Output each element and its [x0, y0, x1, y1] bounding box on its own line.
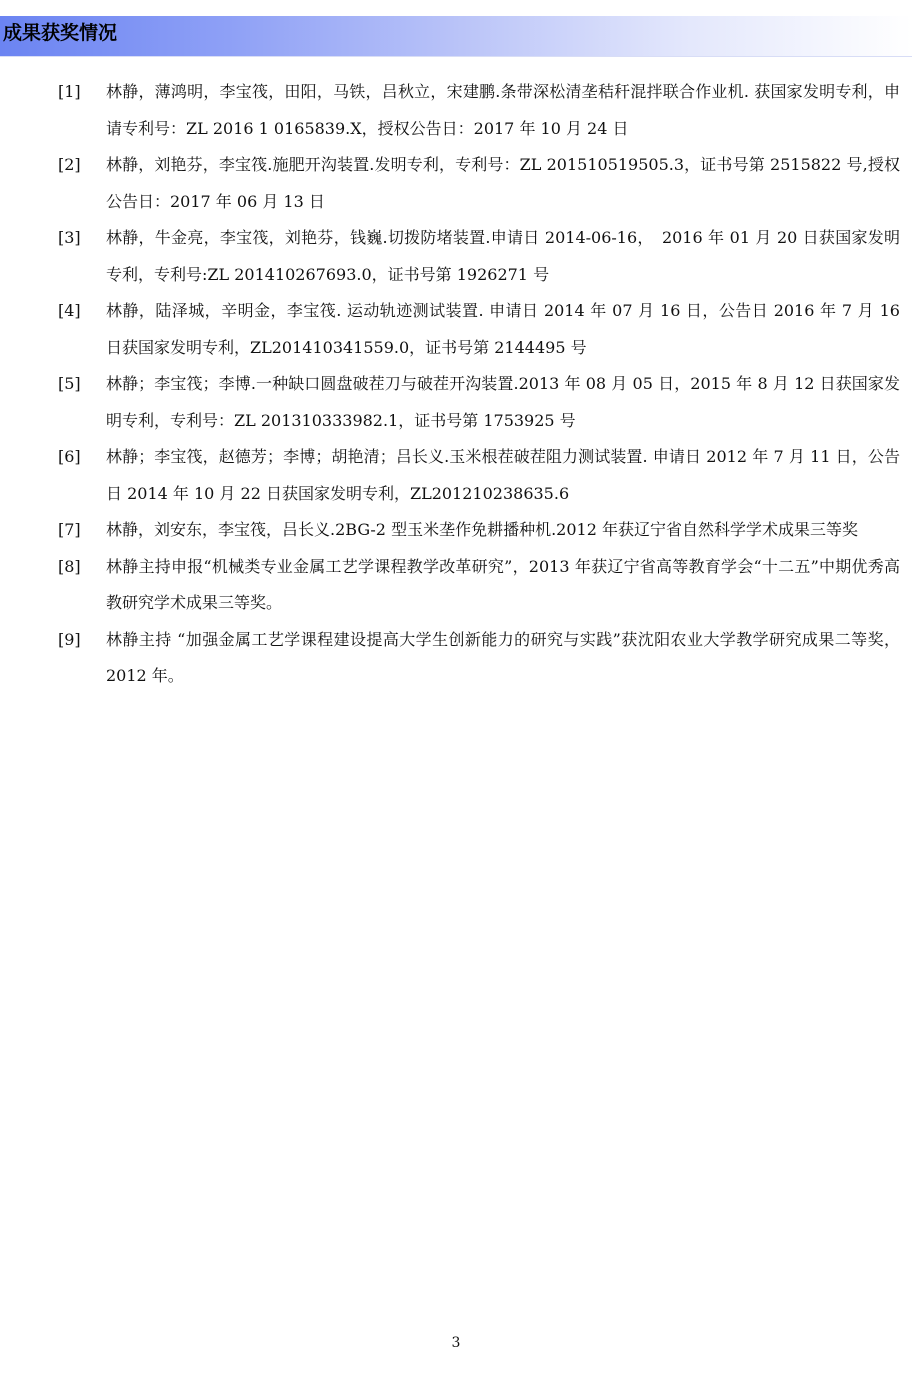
entry-number: [6]: [58, 439, 102, 476]
entry-text: 林静主持 “加强金属工艺学课程建设提高大学生创新能力的研究与实践”获沈阳农业大学…: [106, 622, 900, 695]
entry-text: 林静主持申报“机械类专业金属工艺学课程教学改革研究”，2013 年获辽宁省高等教…: [106, 549, 900, 622]
list-item: [4] 林静，陆泽城，辛明金，李宝筏. 运动轨迹测试装置. 申请日 2014 年…: [58, 293, 900, 366]
entry-text: 林静，刘艳芬，李宝筏.施肥开沟装置.发明专利，专利号：ZL 2015105195…: [106, 147, 900, 220]
entry-number: [2]: [58, 147, 102, 184]
entry-number: [9]: [58, 622, 102, 659]
entry-text: 林静；李宝筏，赵德芳；李博；胡艳清；吕长义.玉米根茬破茬阻力测试装置. 申请日 …: [106, 439, 900, 512]
entry-number: [4]: [58, 293, 102, 330]
entry-text: 林静，刘安东，李宝筏，吕长义.2BG-2 型玉米垄作免耕播种机.2012 年获辽…: [106, 512, 900, 549]
entry-number: [8]: [58, 549, 102, 586]
awards-list: [1] 林静，薄鸿明，李宝筏，田阳，马铁，吕秋立，宋建鹏.条带深松清垄秸秆混拌联…: [58, 74, 900, 695]
entry-text: 林静；李宝筏；李博.一种缺口圆盘破茬刀与破茬开沟装置.2013 年 08 月 0…: [106, 366, 900, 439]
entry-text: 林静，牛金亮，李宝筏，刘艳芬，钱巍.切拨防堵装置.申请日 2014-06-16，…: [106, 220, 900, 293]
entry-number: [3]: [58, 220, 102, 257]
entry-text: 林静，薄鸿明，李宝筏，田阳，马铁，吕秋立，宋建鹏.条带深松清垄秸秆混拌联合作业机…: [106, 74, 900, 147]
entry-number: [7]: [58, 512, 102, 549]
section-header: 成果获奖情况: [0, 16, 912, 57]
list-item: [1] 林静，薄鸿明，李宝筏，田阳，马铁，吕秋立，宋建鹏.条带深松清垄秸秆混拌联…: [58, 74, 900, 147]
entry-number: [1]: [58, 74, 102, 111]
list-item: [6] 林静；李宝筏，赵德芳；李博；胡艳清；吕长义.玉米根茬破茬阻力测试装置. …: [58, 439, 900, 512]
page-number: 3: [0, 1333, 912, 1353]
list-item: [5] 林静；李宝筏；李博.一种缺口圆盘破茬刀与破茬开沟装置.2013 年 08…: [58, 366, 900, 439]
list-item: [2] 林静，刘艳芬，李宝筏.施肥开沟装置.发明专利，专利号：ZL 201510…: [58, 147, 900, 220]
entry-number: [5]: [58, 366, 102, 403]
list-item: [8] 林静主持申报“机械类专业金属工艺学课程教学改革研究”，2013 年获辽宁…: [58, 549, 900, 622]
list-item: [7] 林静，刘安东，李宝筏，吕长义.2BG-2 型玉米垄作免耕播种机.2012…: [58, 512, 900, 549]
list-item: [3] 林静，牛金亮，李宝筏，刘艳芬，钱巍.切拨防堵装置.申请日 2014-06…: [58, 220, 900, 293]
list-item: [9] 林静主持 “加强金属工艺学课程建设提高大学生创新能力的研究与实践”获沈阳…: [58, 622, 900, 695]
entry-text: 林静，陆泽城，辛明金，李宝筏. 运动轨迹测试装置. 申请日 2014 年 07 …: [106, 293, 900, 366]
section-title: 成果获奖情况: [3, 21, 117, 45]
